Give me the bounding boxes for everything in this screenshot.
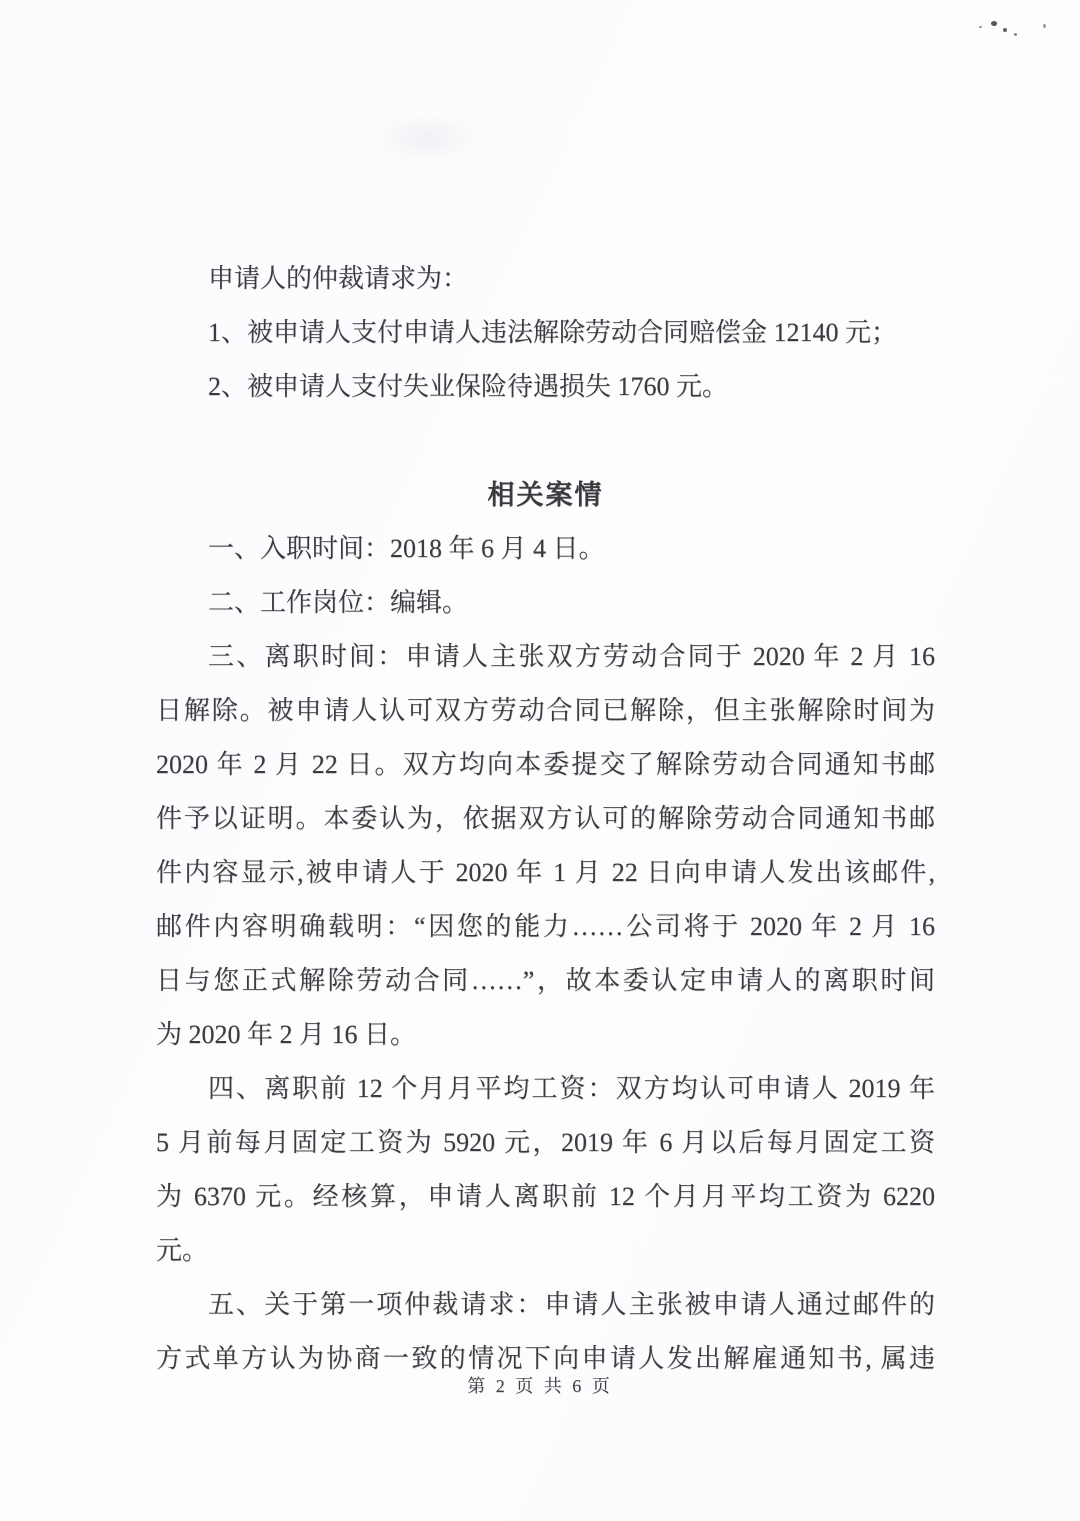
fact-line-job-position: 二、工作岗位：编辑。	[156, 576, 935, 630]
claim-item-1: 1、被申请人支付申请人违法解除劳动合同赔偿金 12140 元；	[156, 306, 935, 360]
ink-speck	[1043, 24, 1046, 28]
fact-line: 日与您正式解除劳动合同……”，故本委认定申请人的离职时间	[156, 954, 935, 1008]
scan-smudge	[372, 112, 482, 164]
fact-line: 5 月前每月固定工资为 5920 元，2019 年 6 月以后每月固定工资	[156, 1116, 935, 1170]
fact-line: 件内容显示,被申请人于 2020 年 1 月 22 日向申请人发出该邮件,	[156, 846, 935, 900]
fact-line-first-claim: 五、关于第一项仲裁请求：申请人主张被申请人通过邮件的	[156, 1278, 935, 1332]
ink-speck	[990, 20, 997, 27]
ink-speck	[1014, 33, 1017, 36]
fact-line-hire-date: 一、入职时间：2018 年 6 月 4 日。	[156, 522, 935, 576]
claim-item-2: 2、被申请人支付失业保险待遇损失 1760 元。	[156, 360, 935, 414]
fact-line: 为 6370 元。经核算，申请人离职前 12 个月月平均工资为 6220	[156, 1170, 935, 1224]
document-page: 申请人的仲裁请求为： 1、被申请人支付申请人违法解除劳动合同赔偿金 12140 …	[0, 0, 1080, 1521]
page-number-footer: 第 2 页 共 6 页	[0, 1372, 1080, 1398]
fact-line: 为 2020 年 2 月 16 日。	[156, 1008, 935, 1062]
arbitration-request-intro: 申请人的仲裁请求为：	[156, 252, 935, 306]
ink-speck	[1003, 28, 1007, 32]
fact-line: 元。	[156, 1224, 935, 1278]
document-body: 申请人的仲裁请求为： 1、被申请人支付申请人违法解除劳动合同赔偿金 12140 …	[156, 252, 935, 1386]
fact-line: 件予以证明。本委认为，依据双方认可的解除劳动合同通知书邮	[156, 792, 935, 846]
fact-line: 邮件内容明确载明：“因您的能力……公司将于 2020 年 2 月 16	[156, 900, 935, 954]
fact-line: 日解除。被申请人认可双方劳动合同已解除，但主张解除时间为	[156, 684, 935, 738]
section-title-related-facts: 相关案情	[156, 468, 935, 522]
fact-line: 2020 年 2 月 22 日。双方均向本委提交了解除劳动合同通知书邮	[156, 738, 935, 792]
ink-speck	[979, 26, 982, 28]
fact-line-average-wage: 四、离职前 12 个月月平均工资：双方均认可申请人 2019 年	[156, 1062, 935, 1116]
fact-line: 三、离职时间：申请人主张双方劳动合同于 2020 年 2 月 16	[156, 630, 935, 684]
blank-line	[156, 414, 935, 468]
